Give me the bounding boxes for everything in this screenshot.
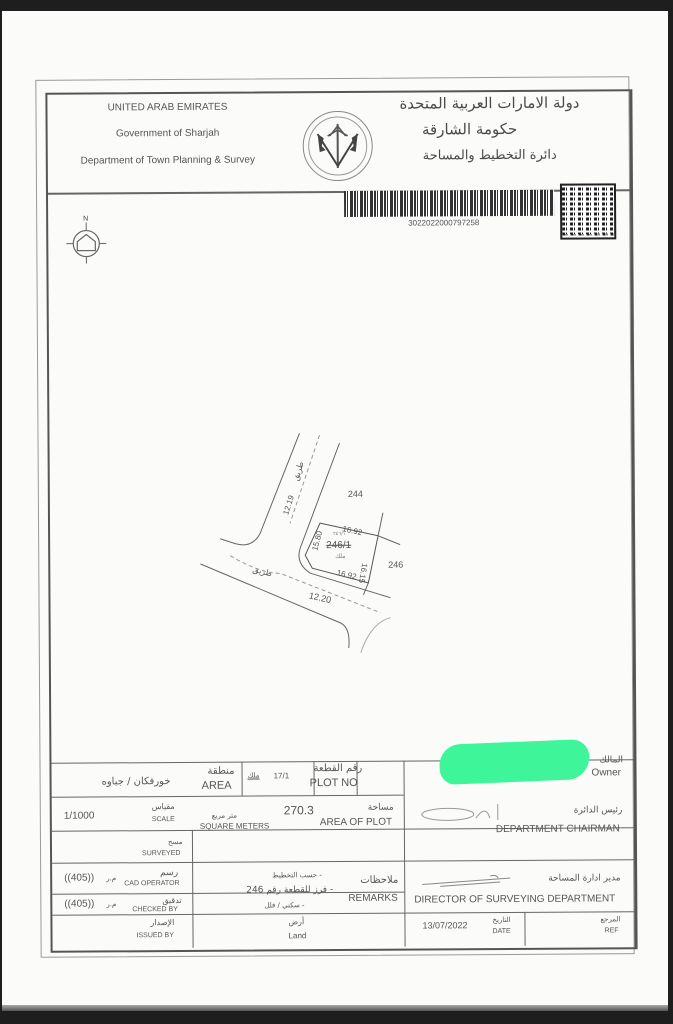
north-arrow-house-icon: N (62, 212, 112, 269)
document-page: UNITED ARAB EMIRATES Government of Sharj… (2, 11, 668, 1011)
surveyed-label-ar: مسح (168, 838, 183, 846)
area-unit-en: SQUARE METERS (200, 821, 269, 830)
plot-site-map: 244 246 16.92 16.92 15.80 16.15 246/1 ٢٤… (199, 422, 450, 654)
owner-name-redaction (439, 739, 591, 785)
land-type-en: Land (289, 931, 307, 940)
checked-by-label-en: CHECKED BY (132, 906, 178, 913)
remarks-line1: - حسب التخطيط (272, 871, 322, 879)
header-ar-line3: دائرة التخطيط والمساحة (390, 147, 590, 163)
area-value: خورفكان / جباوه (102, 776, 171, 787)
remarks-label-en: REMARKS (348, 893, 398, 904)
area-of-plot-label-ar: مساحة (368, 803, 394, 813)
date-value: 13/07/2022 (422, 920, 467, 930)
ref-label-ar: المرجع (600, 915, 620, 923)
plot-no-type: ملك (248, 772, 260, 780)
checked-by-label-ar: تدقيق (162, 896, 181, 905)
cad-operator-value-ar: م.ر (106, 874, 116, 882)
plot-no-label-en: PLOT NO (310, 777, 358, 789)
owner-label-en: Owner (592, 767, 622, 778)
director-signature-icon (420, 872, 516, 891)
area-label-ar: منطقة (207, 766, 234, 777)
header-en-line2: Government of Sharjah (58, 127, 278, 139)
issued-by-label-en: ISSUED BY (137, 932, 174, 939)
qr-code-icon (560, 183, 616, 239)
area-of-plot-value: 270.3 (284, 803, 314, 817)
chairman-label-en: DEPARTMENT CHAIRMAN (496, 823, 620, 835)
plot-id: 246/1 (326, 540, 352, 551)
svg-text:N: N (83, 216, 88, 223)
cad-operator-label-ar: رسم (160, 868, 178, 878)
area-of-plot-label-en: AREA OF PLOT (320, 817, 392, 828)
area-label-en: AREA (202, 780, 232, 792)
scale-value: 1/1000 (64, 811, 95, 822)
chairman-label-ar: رئيس الدائرة (574, 805, 623, 815)
page-edge-shadow (2, 1005, 668, 1011)
land-type-ar: أرض (288, 917, 304, 926)
issued-by-label-ar: الإصدار (150, 918, 174, 927)
checked-by-value: ((405)) (64, 899, 94, 910)
cad-operator-label-en: CAD OPERATOR (124, 880, 179, 887)
barcode-icon (344, 190, 554, 217)
director-label-en: DIRECTOR OF SURVEYING DEPARTMENT (414, 893, 615, 905)
ref-label-en: REF (604, 927, 618, 934)
sharjah-emblem-icon (302, 111, 372, 181)
plot-usage: ملك (335, 553, 345, 560)
date-label-ar: التاريخ (492, 916, 510, 924)
remarks-label-ar: ملاحظات (360, 875, 398, 886)
area-unit-ar: متر مربع (212, 812, 237, 820)
plot-side-bottom: 16.92 (336, 568, 358, 581)
road-width-vertical: 12.19 (281, 494, 296, 516)
chairman-signature-icon (418, 800, 508, 825)
owner-label-ar: المالك (599, 755, 623, 765)
plot-side-left: 15.80 (310, 529, 324, 551)
plot-side-right: 16.15 (357, 563, 369, 585)
plot-plan-frame: UNITED ARAB EMIRATES Government of Sharj… (45, 89, 637, 953)
remarks-line3: - سكني / فلل (264, 901, 304, 909)
checked-by-value-ar: م.ر (106, 900, 116, 908)
plot-info-table: خورفكان / جباوه منطقة AREA ملك 17/1 رقم … (51, 759, 634, 949)
scale-label-en: SCALE (152, 816, 175, 823)
plot-no-value: 17/1 (274, 771, 290, 780)
remarks-line2: - فرز للقطعة رقم 246 (246, 885, 333, 896)
scale-label-ar: مقياس (152, 802, 175, 811)
header-ar-line2: حكومة الشارقة (390, 120, 550, 139)
cad-operator-value: ((405)) (64, 873, 94, 884)
road-label-vertical: طريق (291, 460, 306, 481)
plot-no-label-ar: رقم القطعة (313, 763, 362, 774)
barcode-number: 3022022000797258 (408, 218, 479, 227)
neighbor-plot-north: 244 (348, 489, 363, 499)
header-ar-line1: دولة الامارات العربية المتحدة (379, 93, 599, 112)
road-label-horizontal: طريق (252, 565, 273, 579)
surveyed-label-en: SURVEYED (142, 850, 180, 857)
plot-id-arabic: ٢٤٦/١ (333, 531, 345, 537)
header-en-line1: UNITED ARAB EMIRATES (57, 101, 277, 113)
date-label-en: DATE (492, 928, 510, 935)
director-label-ar: مدير ادارة المساحة (548, 873, 620, 883)
neighbor-plot-east: 246 (388, 560, 403, 570)
header-en-line3: Department of Town Planning & Survey (48, 154, 288, 166)
